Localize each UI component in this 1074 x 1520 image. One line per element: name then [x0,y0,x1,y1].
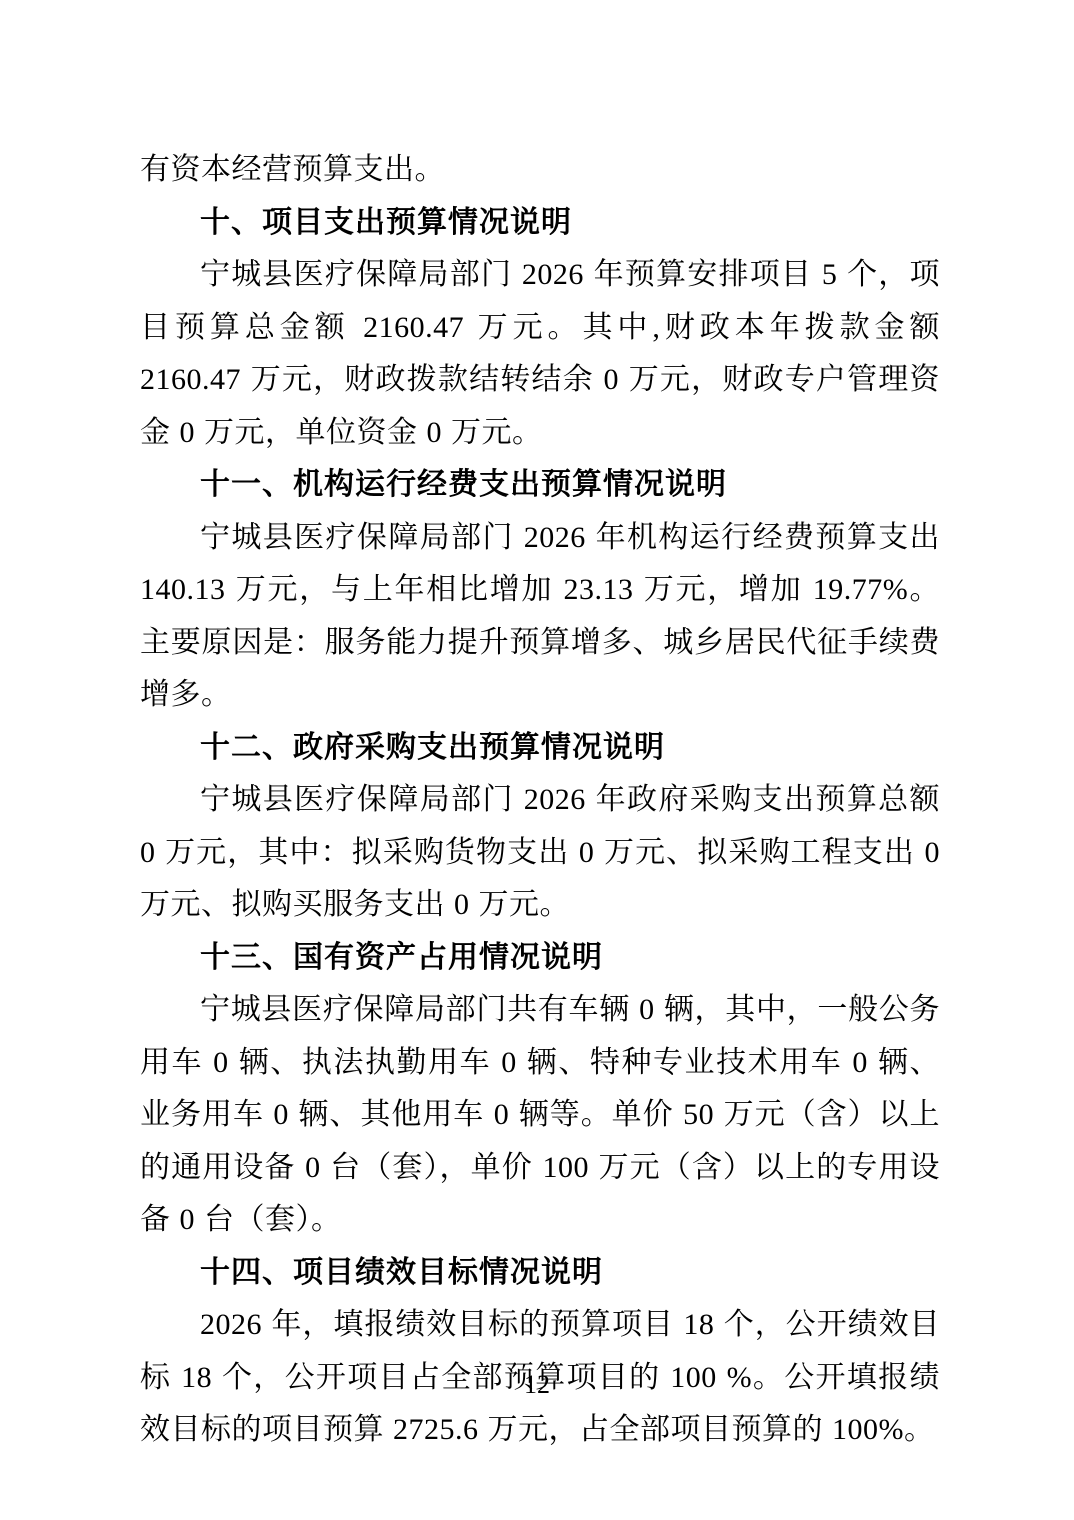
document-content: 有资本经营预算支出。 十、项目支出预算情况说明 宁城县医疗保障局部门 2026 … [140,144,940,1457]
section-heading-government-procurement: 十二、政府采购支出预算情况说明 [140,722,940,775]
section-paragraph-operating-funds: 宁城县医疗保障局部门 2026 年机构运行经费预算支出 140.13 万元，与上… [140,512,940,722]
section-heading-operating-funds: 十一、机构运行经费支出预算情况说明 [140,459,940,512]
section-heading-state-assets: 十三、国有资产占用情况说明 [140,932,940,985]
document-page: 有资本经营预算支出。 十、项目支出预算情况说明 宁城县医疗保障局部门 2026 … [0,0,1074,1520]
section-paragraph-government-procurement: 宁城县医疗保障局部门 2026 年政府采购支出预算总额 0 万元，其中：拟采购货… [140,774,940,932]
section-paragraph-state-assets: 宁城县医疗保障局部门共有车辆 0 辆，其中，一般公务用车 0 辆、执法执勤用车 … [140,984,940,1247]
section-heading-project-expenditure: 十、项目支出预算情况说明 [140,197,940,250]
section-paragraph-project-expenditure: 宁城县医疗保障局部门 2026 年预算安排项目 5 个，项目预算总金额 2160… [140,249,940,459]
page-number: 12 [0,1370,1074,1400]
paragraph-continuation: 有资本经营预算支出。 [140,144,940,197]
section-heading-performance-targets: 十四、项目绩效目标情况说明 [140,1247,940,1300]
